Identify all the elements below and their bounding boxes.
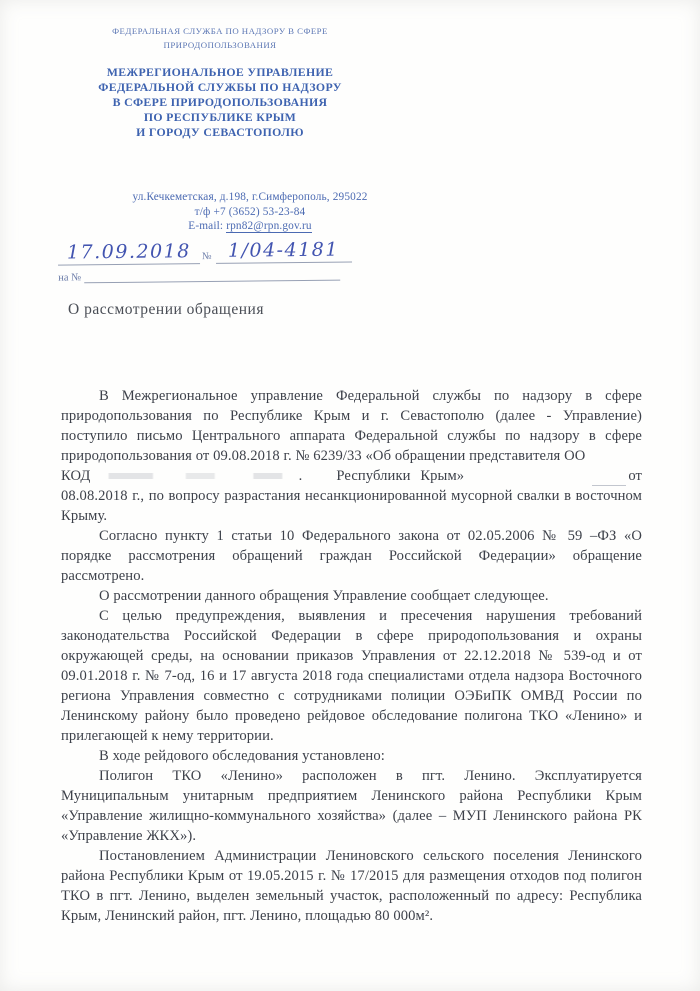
division-name-line: ПО РЕСПУБЛИКЕ КРЫМ	[48, 110, 392, 125]
agency-name-line1: ФЕДЕРАЛЬНАЯ СЛУЖБА ПО НАДЗОРУ В СФЕРЕ	[58, 24, 382, 38]
handwritten-number: 1/04-4181	[228, 239, 339, 262]
paragraph-raid-description: С целью предупреждения, выявления и прес…	[61, 606, 642, 746]
subject-line: О рассмотрении обращения	[68, 301, 264, 319]
division-name-line: И ГОРОДУ СЕВАСТОПОЛЮ	[48, 125, 392, 140]
outgoing-ref-row: 17.09.2018 № 1/04-4181	[58, 238, 358, 265]
email-label: E-mail:	[188, 220, 223, 232]
paragraph-findings-lead: В ходе рейдового обследования установлен…	[61, 746, 642, 766]
outgoing-date-field: 17.09.2018	[58, 240, 200, 265]
paragraph-landfill-operator: Полигон ТКО «Ленино» расположен в пгт. Л…	[61, 766, 642, 846]
redaction-smudge	[98, 473, 290, 479]
email-line: E-mail: rpn82@rpn.gov.ru	[48, 219, 452, 234]
paragraph-intro: В Межрегиональное управление Федеральной…	[61, 386, 642, 466]
letterhead-agency-name: ФЕДЕРАЛЬНАЯ СЛУЖБА ПО НАДЗОРУ В СФЕРЕ ПР…	[58, 24, 382, 52]
letter-body: В Межрегиональное управление Федеральной…	[61, 386, 642, 926]
paragraph-report-lead: О рассмотрении данного обращения Управле…	[61, 586, 642, 606]
letterhead-division-name: МЕЖРЕГИОНАЛЬНОЕ УПРАВЛЕНИЕ ФЕДЕРАЛЬНОЙ С…	[48, 65, 392, 140]
reference-block: 17.09.2018 № 1/04-4181 на №	[58, 238, 358, 283]
division-name-line: В СФЕРЕ ПРИРОДОПОЛЬЗОВАНИЯ	[48, 95, 392, 110]
phone-line: т/ф +7 (3652) 53-23-84	[48, 205, 452, 220]
paragraph-intro-continued: 08.08.2018 г., по вопросу разрастания не…	[61, 486, 642, 526]
division-name-line: МЕЖРЕГИОНАЛЬНОЕ УПРАВЛЕНИЕ	[48, 65, 392, 80]
reply-to-blank-line	[84, 267, 340, 284]
address-line: ул.Кечкеметская, д.198, г.Симферополь, 2…	[48, 190, 452, 205]
redaction-underscore	[592, 473, 626, 486]
region-name: Республики Крым»	[336, 466, 464, 486]
handwritten-date: 17.09.2018	[67, 240, 191, 263]
reply-to-label: на №	[58, 272, 84, 283]
agency-name-line2: ПРИРОДОПОЛЬЗОВАНИЯ	[58, 38, 382, 52]
redacted-line: КОД . Республики Крым» от	[61, 466, 642, 486]
scanned-letter-page: ФЕДЕРАЛЬНАЯ СЛУЖБА ПО НАДЗОРУ В СФЕРЕ ПР…	[0, 0, 700, 991]
organization-abbreviation: КОД	[61, 466, 90, 486]
paragraph-law-reference: Согласно пункту 1 статьи 10 Федерального…	[61, 526, 642, 586]
division-name-line: ФЕДЕРАЛЬНОЙ СЛУЖБЫ ПО НАДЗОРУ	[48, 80, 392, 95]
redacted-line-from: от	[628, 466, 642, 486]
outgoing-number-field: 1/04-4181	[215, 238, 351, 263]
letterhead-contact-block: ул.Кечкеметская, д.198, г.Симферополь, 2…	[48, 190, 452, 234]
paragraph-land-plot: Постановлением Администрации Лениновског…	[61, 846, 642, 926]
redacted-line-dot: .	[299, 466, 303, 486]
reply-ref-row: на №	[58, 266, 358, 283]
email-address: rpn82@rpn.gov.ru	[226, 220, 312, 233]
number-sign: №	[200, 251, 216, 264]
